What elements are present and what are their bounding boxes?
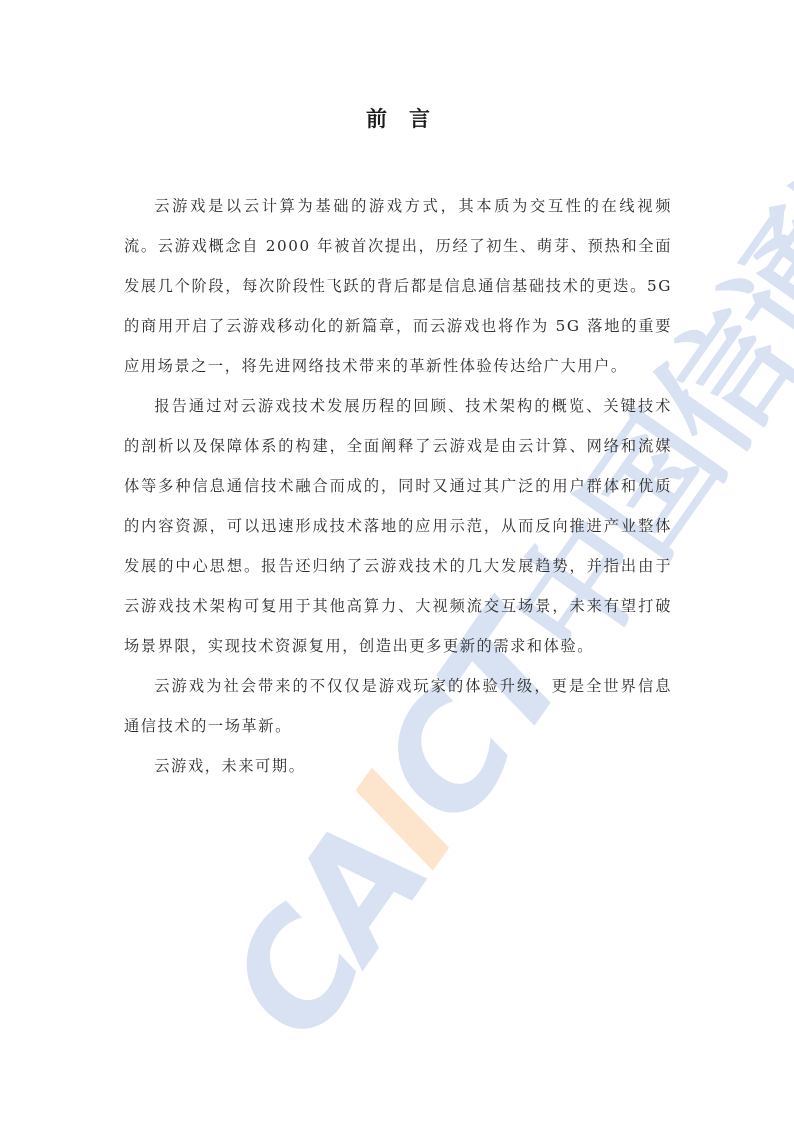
paragraph-intro: 云游戏是以云计算为基础的游戏方式，其本质为交互性的在线视频流。云游戏概念自 20… xyxy=(124,186,672,386)
preface-body: 云游戏是以云计算为基础的游戏方式，其本质为交互性的在线视频流。云游戏概念自 20… xyxy=(124,186,672,786)
title-char-2: 言 xyxy=(409,107,430,131)
title-char-1: 前 xyxy=(366,107,387,131)
paragraph-closing: 云游戏，未来可期。 xyxy=(124,746,672,786)
document-page: CAICT 中国信通院 前言 云游戏是以云计算为基础的游戏方式，其本质为交互性的… xyxy=(0,0,794,1123)
paragraph-report-summary: 报告通过对云游戏技术发展历程的回顾、技术架构的概览、关键技术的剖析以及保障体系的… xyxy=(124,386,672,666)
page-title: 前言 xyxy=(124,103,672,133)
paragraph-social-impact: 云游戏为社会带来的不仅仅是游戏玩家的体验升级，更是全世界信息通信技术的一场革新。 xyxy=(124,666,672,746)
